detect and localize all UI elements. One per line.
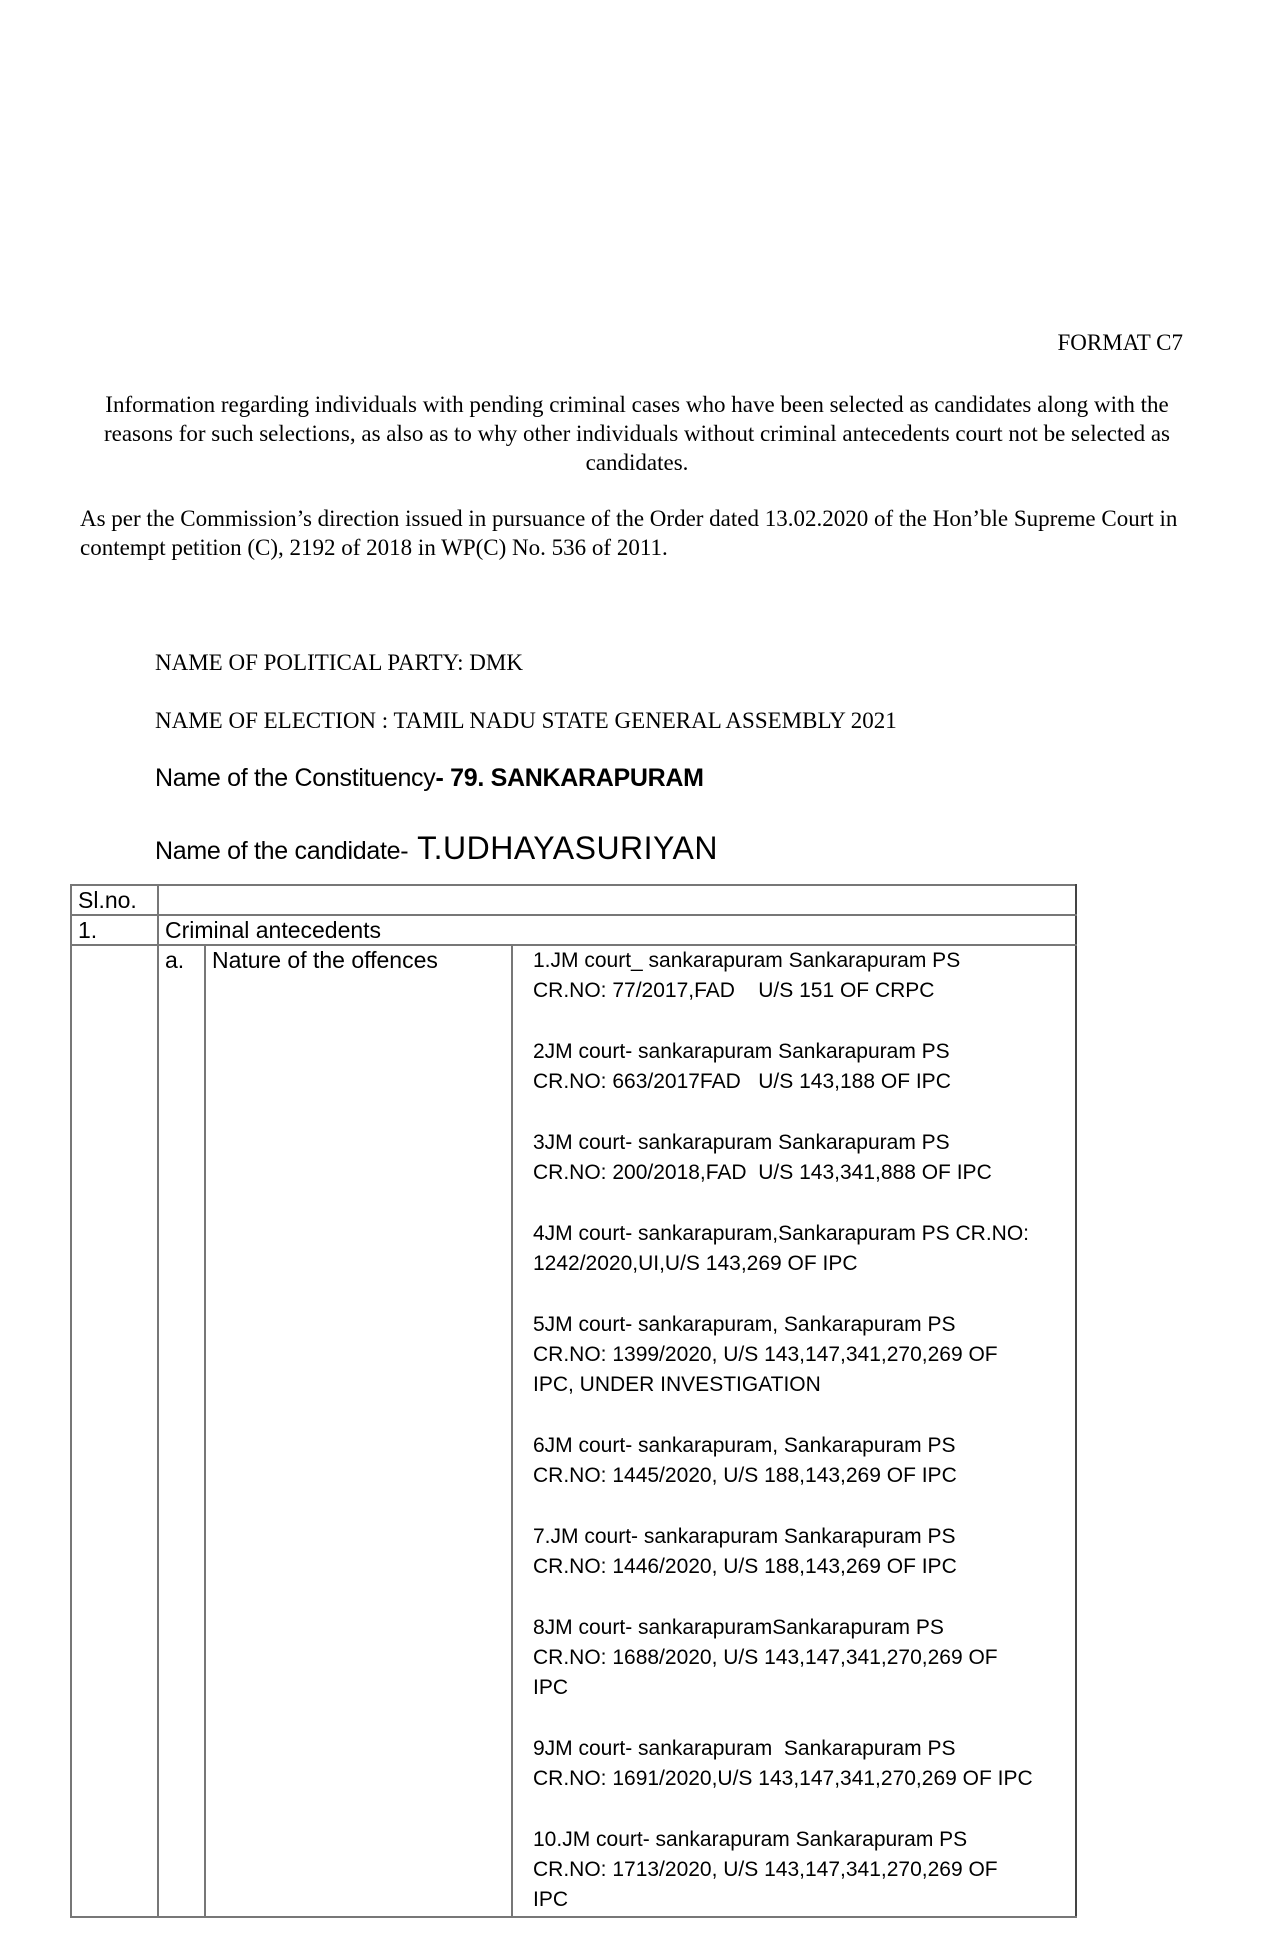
offence-line: 8JM court- sankarapuramSankarapuram PS [533,1613,1075,1643]
offence-line: 5JM court- sankarapuram, Sankarapuram PS [533,1310,1075,1340]
offence-entry: 10.JM court- sankarapuram Sankarapuram P… [533,1825,1075,1915]
offence-line: CR.NO: 1446/2020, U/S 188,143,269 OF IPC [533,1552,1075,1582]
table-header-row: Sl.no. [71,885,1076,915]
offence-entry: 9JM court- sankarapuram Sankarapuram PSC… [533,1734,1075,1794]
candidate-name: T.UDHAYASURIYAN [408,830,718,866]
offence-line: 3JM court- sankarapuram Sankarapuram PS [533,1128,1075,1158]
election-line: NAME OF ELECTION : TAMIL NADU STATE GENE… [155,708,897,734]
offence-line: 6JM court- sankarapuram, Sankarapuram PS [533,1431,1075,1461]
offence-entry: 3JM court- sankarapuram Sankarapuram PSC… [533,1128,1075,1188]
offences-list: 1.JM court_ sankarapuram Sankarapuram PS… [512,945,1076,1917]
offence-line: 4JM court- sankarapuram,Sankarapuram PS … [533,1219,1075,1249]
header-empty-cell [158,885,1076,915]
offence-line: CR.NO: 1688/2020, U/S 143,147,341,270,26… [533,1643,1075,1673]
offence-line: IPC, UNDER INVESTIGATION [533,1370,1075,1400]
intro-paragraph: Information regarding individuals with p… [92,390,1182,477]
offence-line: CR.NO: 200/2018,FAD U/S 143,341,888 OF I… [533,1158,1075,1188]
offence-line: IPC [533,1885,1075,1915]
empty-cell [71,945,158,1917]
offence-line: CR.NO: 1713/2020, U/S 143,147,341,270,26… [533,1855,1075,1885]
offence-entry: 8JM court- sankarapuramSankarapuram PSCR… [533,1613,1075,1703]
offence-line: 1.JM court_ sankarapuram Sankarapuram PS [533,946,1075,976]
direction-paragraph: As per the Commission’s direction issued… [80,504,1180,562]
offence-line: CR.NO: 1691/2020,U/S 143,147,341,270,269… [533,1764,1075,1794]
offence-line: 7.JM court- sankarapuram Sankarapuram PS [533,1522,1075,1552]
sub-letter: a. [158,945,205,1917]
candidate-label: Name of the candidate- [155,837,408,865]
offence-line: 10.JM court- sankarapuram Sankarapuram P… [533,1825,1075,1855]
political-party-line: NAME OF POLITICAL PARTY: DMK [155,650,523,676]
table-section-row: 1. Criminal antecedents [71,915,1076,945]
offence-entry: 7.JM court- sankarapuram Sankarapuram PS… [533,1522,1075,1582]
offence-entry: 6JM court- sankarapuram, Sankarapuram PS… [533,1431,1075,1491]
candidate-line: Name of the candidate- T.UDHAYASURIYAN [155,830,718,867]
table-row: a. Nature of the offences 1.JM court_ sa… [71,945,1076,1917]
section-number: 1. [71,915,158,945]
offence-line: 1242/2020,UI,U/S 143,269 OF IPC [533,1249,1075,1279]
criminal-antecedents-table: Sl.no. 1. Criminal antecedents a. Nature… [70,884,1077,1918]
offence-line: CR.NO: 663/2017FAD U/S 143,188 OF IPC [533,1067,1075,1097]
offence-line: 2JM court- sankarapuram Sankarapuram PS [533,1037,1075,1067]
sub-title: Nature of the offences [205,945,512,1917]
offence-line: 9JM court- sankarapuram Sankarapuram PS [533,1734,1075,1764]
offence-entry: 4JM court- sankarapuram,Sankarapuram PS … [533,1219,1075,1279]
offence-line: CR.NO: 1399/2020, U/S 143,147,341,270,26… [533,1340,1075,1370]
slno-header: Sl.no. [71,885,158,915]
offence-line: CR.NO: 77/2017,FAD U/S 151 OF CRPC [533,976,1075,1006]
offence-entry: 2JM court- sankarapuram Sankarapuram PSC… [533,1037,1075,1097]
offence-entry: 1.JM court_ sankarapuram Sankarapuram PS… [533,946,1075,1006]
section-title: Criminal antecedents [158,915,1076,945]
offence-entry: 5JM court- sankarapuram, Sankarapuram PS… [533,1310,1075,1400]
format-label: FORMAT C7 [1058,330,1183,356]
offence-line: IPC [533,1673,1075,1703]
constituency-line: Name of the Constituency- 79. SANKARAPUR… [155,764,704,793]
offence-line: CR.NO: 1445/2020, U/S 188,143,269 OF IPC [533,1461,1075,1491]
constituency-value: - 79. SANKARAPURAM [435,764,703,792]
constituency-label: Name of the Constituency [155,764,435,792]
